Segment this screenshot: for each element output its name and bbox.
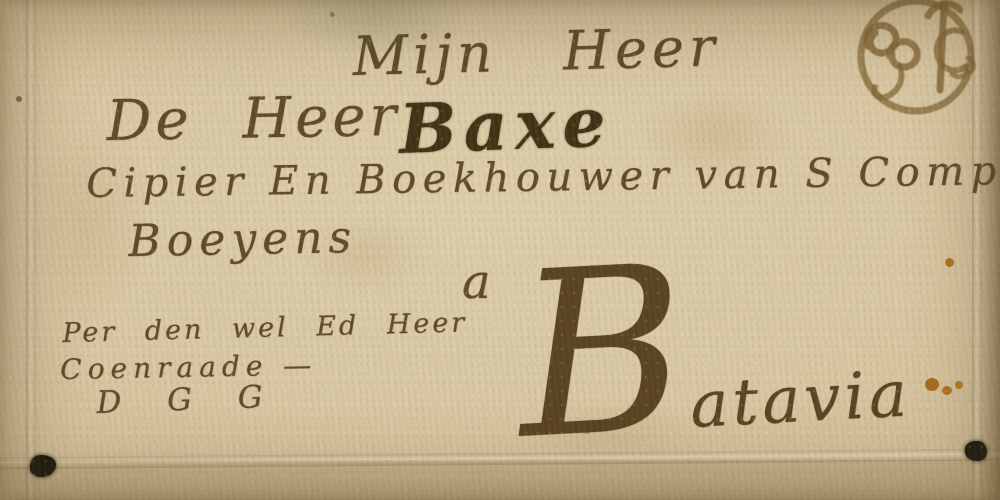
ink-speck bbox=[16, 96, 22, 102]
destination-name: Batavia bbox=[512, 223, 914, 471]
title-line-text: Cipier En Boekhouwer van S Comp bbox=[86, 148, 1000, 207]
paper-hole-left bbox=[30, 455, 56, 477]
paper-hole-right bbox=[965, 441, 987, 461]
fold-crease-left bbox=[26, 0, 36, 500]
letter-cover-photo: Mijn Heer De Heer Baxe Cipier En Boekhou… bbox=[0, 0, 1000, 500]
routing-note-line-2: Coenraade — bbox=[60, 352, 318, 384]
ink-spot bbox=[925, 378, 939, 391]
ink-speck bbox=[330, 12, 335, 17]
circular-ink-stamp-icon bbox=[828, 0, 1000, 130]
ink-spot bbox=[945, 258, 954, 267]
routing-note-line-1: Per den wel Ed Heer bbox=[62, 309, 468, 347]
addressee-line: De Heer bbox=[106, 89, 401, 150]
destination-prefix: a bbox=[462, 258, 491, 306]
routing-note-line-3: D G G bbox=[96, 382, 274, 419]
title-line: Cipier En Boekhouwer van S Comps bbox=[86, 151, 1000, 204]
addressee-name: Baxe bbox=[398, 89, 614, 164]
paper-flap-below-fold bbox=[0, 460, 1000, 500]
salutation-line: Mijn Heer bbox=[352, 20, 720, 84]
ink-spot bbox=[942, 386, 952, 395]
ink-spot bbox=[955, 381, 963, 389]
title-line-2: Boeyens bbox=[128, 216, 357, 264]
